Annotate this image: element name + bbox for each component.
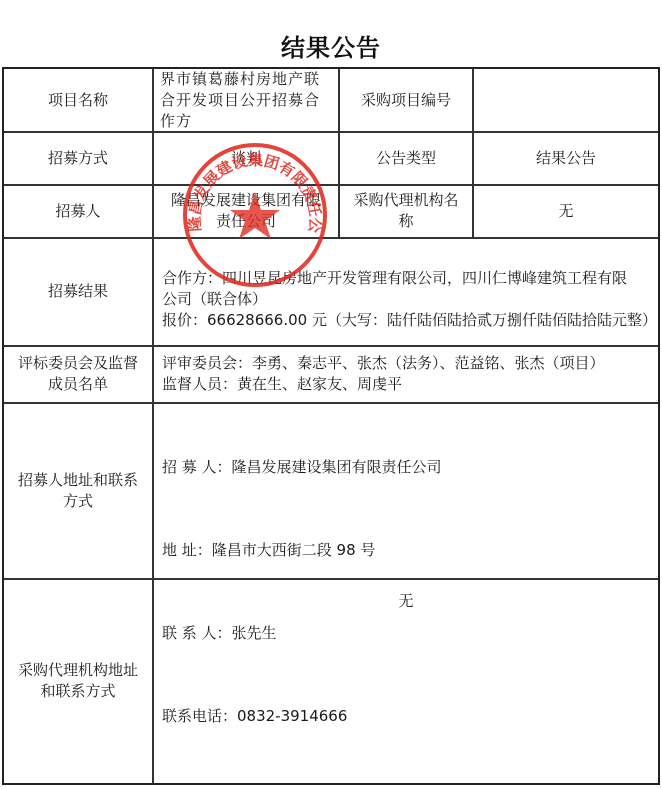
agency-name-label-line-2: 称 bbox=[353, 211, 458, 232]
result-consortium-line: 公司（联合体） bbox=[162, 289, 657, 310]
announcement-type-label-text: 公告类型 bbox=[376, 148, 436, 169]
recruiter-contact-label-line-1: 招募人地址和联系 bbox=[18, 470, 138, 491]
project-name-line-2: 合开发项目公开招募合 bbox=[160, 90, 320, 111]
recruiter-label: 招募人 bbox=[4, 185, 152, 237]
recruiter-contact-value: 招 募 人：隆昌发展建设集团有限责任公司 地 址：隆昌市大西街二段 98 号 联… bbox=[154, 403, 658, 578]
recruiter-line-2: 责任公司 bbox=[171, 211, 321, 232]
result-partner-line: 合作方：四川昱昆房地产开发管理有限公司，四川仁博峰建筑工程有限 bbox=[162, 268, 657, 289]
agency-contact-value: 无 bbox=[154, 579, 658, 783]
project-name-value: 界市镇葛藤村房地产联 合开发项目公开招募合 作方 bbox=[154, 69, 338, 131]
recruit-result-value: 合作方：四川昱昆房地产开发管理有限公司，四川仁博峰建筑工程有限 公司（联合体） … bbox=[154, 238, 658, 345]
agency-name-value: 无 bbox=[474, 185, 658, 237]
recruit-result-label: 招募结果 bbox=[4, 238, 152, 345]
recruiter-contact-label-line-2: 方式 bbox=[18, 491, 138, 512]
recruit-method-value-text: 谈判 bbox=[231, 148, 261, 169]
recruiter-contact-label: 招募人地址和联系 方式 bbox=[4, 403, 152, 578]
agency-name-label: 采购代理机构名 称 bbox=[340, 185, 472, 237]
project-name-label: 项目名称 bbox=[4, 69, 152, 131]
procurement-number-label-text: 采购项目编号 bbox=[361, 90, 451, 111]
recruit-method-value: 谈判 bbox=[154, 132, 338, 184]
announcement-table: 项目名称 界市镇葛藤村房地产联 合开发项目公开招募合 作方 采购项目编号 招募方… bbox=[2, 67, 660, 785]
recruit-result-label-text: 招募结果 bbox=[48, 281, 108, 302]
recruit-method-label-text: 招募方式 bbox=[48, 148, 108, 169]
recruiter-label-text: 招募人 bbox=[55, 201, 100, 222]
result-price-line: 报价：66628666.00 元（大写：陆仟陆佰陆拾贰万捌仟陆佰陆拾陆元整） bbox=[162, 310, 657, 331]
project-name-line-3: 作方 bbox=[160, 111, 320, 132]
committee-label-line-1: 评标委员会及监督 bbox=[18, 353, 138, 374]
document-title: 结果公告 bbox=[0, 28, 662, 63]
agency-name-label-line-1: 采购代理机构名 bbox=[353, 190, 458, 211]
review-committee-line: 评审委员会：李勇、秦志平、张杰（法务）、范益铭、张杰（项目） bbox=[162, 353, 605, 374]
project-name-label-text: 项目名称 bbox=[48, 90, 108, 111]
contact-address-line: 地 址：隆昌市大西街二段 98 号 bbox=[162, 540, 442, 561]
agency-contact-value-text: 无 bbox=[398, 591, 413, 612]
announcement-type-label: 公告类型 bbox=[340, 132, 472, 184]
committee-label: 评标委员会及监督 成员名单 bbox=[4, 346, 152, 402]
recruiter-line-1: 隆昌发展建设集团有限 bbox=[171, 190, 321, 211]
agency-name-value-text: 无 bbox=[558, 201, 573, 222]
committee-value: 评审委员会：李勇、秦志平、张杰（法务）、范益铭、张杰（项目） 监督人员：黄在生、… bbox=[154, 346, 658, 402]
recruit-method-label: 招募方式 bbox=[4, 132, 152, 184]
committee-label-line-2: 成员名单 bbox=[18, 374, 138, 395]
contact-recruiter-line: 招 募 人：隆昌发展建设集团有限责任公司 bbox=[162, 457, 442, 478]
procurement-number-label: 采购项目编号 bbox=[340, 69, 472, 131]
announcement-type-value-text: 结果公告 bbox=[536, 148, 596, 169]
announcement-type-value: 结果公告 bbox=[474, 132, 658, 184]
agency-contact-label-line-1: 采购代理机构地址 bbox=[18, 660, 138, 681]
agency-contact-label-line-2: 和联系方式 bbox=[18, 681, 138, 702]
project-name-line-1: 界市镇葛藤村房地产联 bbox=[160, 69, 320, 90]
recruiter-value: 隆昌发展建设集团有限 责任公司 bbox=[154, 185, 338, 237]
agency-contact-label: 采购代理机构地址 和联系方式 bbox=[4, 579, 152, 783]
procurement-number-value bbox=[474, 69, 658, 131]
supervisors-line: 监督人员：黄在生、赵家友、周虔平 bbox=[162, 374, 605, 395]
